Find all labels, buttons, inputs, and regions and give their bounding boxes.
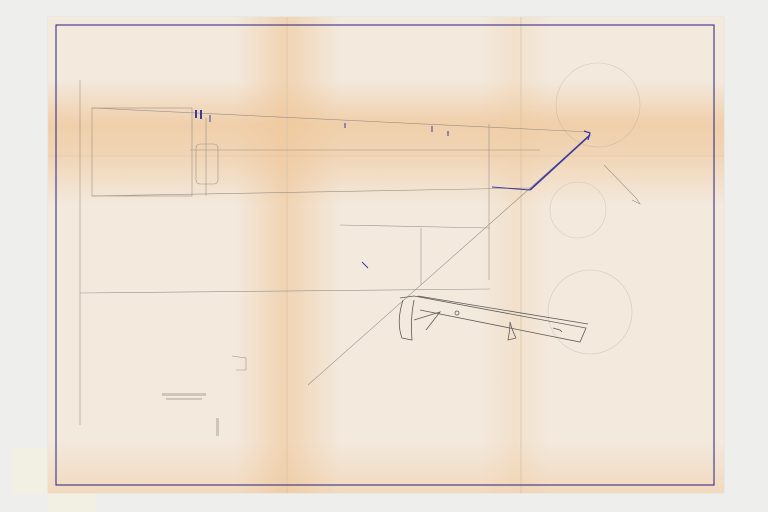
sketch-artwork <box>0 0 768 512</box>
paper-stains <box>48 17 724 493</box>
faint-stamp <box>162 393 219 436</box>
